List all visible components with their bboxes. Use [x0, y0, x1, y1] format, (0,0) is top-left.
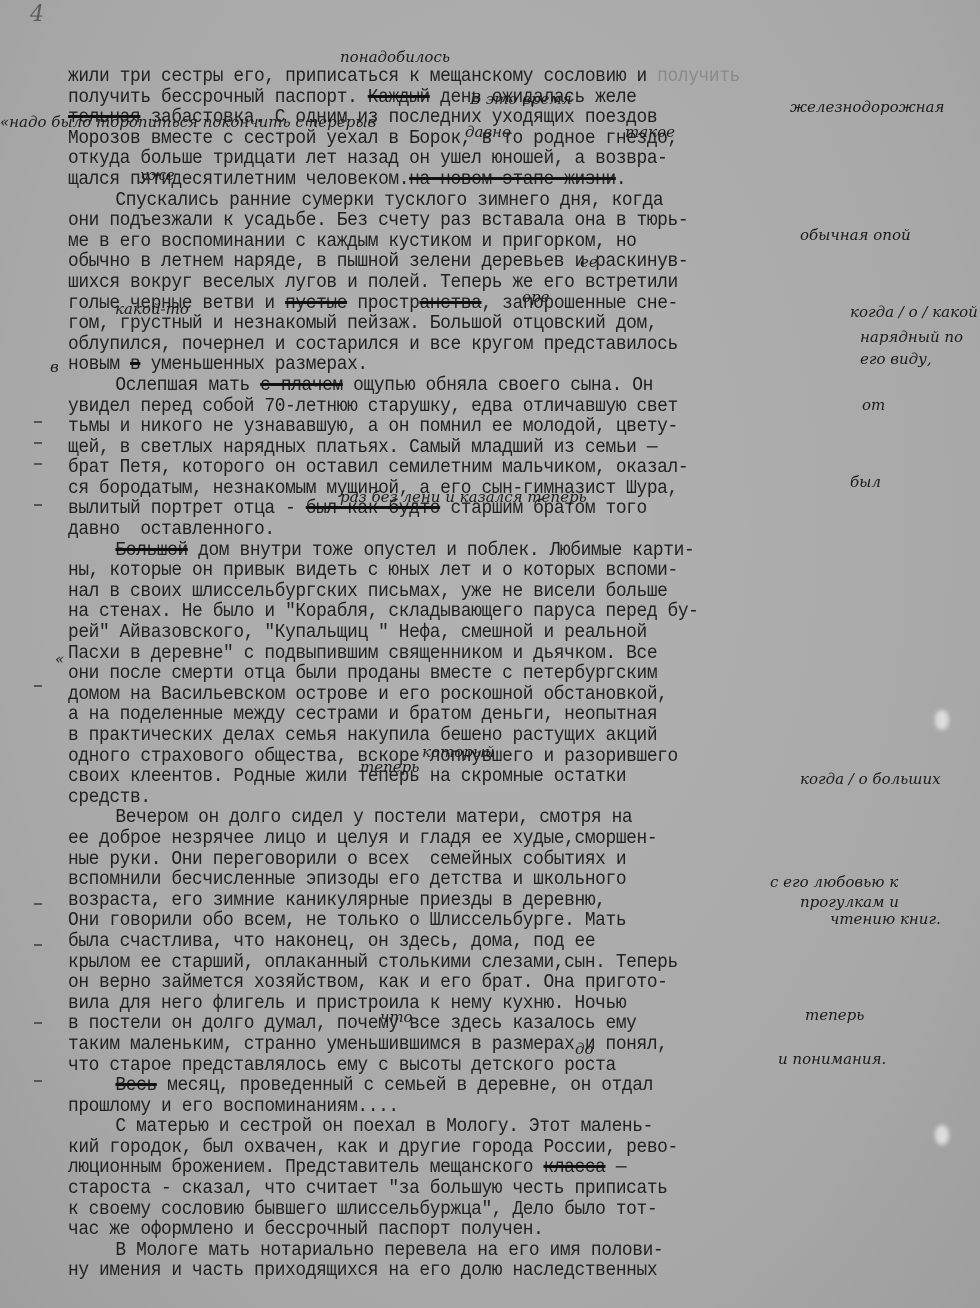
handwritten-note: прогулкам и [800, 895, 899, 910]
line-text: средств. [68, 786, 151, 808]
handwritten-note: когда / о больших [800, 772, 941, 787]
line-text: он верно займется хозяйством, как и его … [68, 971, 668, 993]
typescript-line: ме в его воспоминании с каждым кустиком … [68, 231, 868, 252]
typescript-line: обычно в летнем наряде, в пышной зелени … [68, 251, 868, 272]
typescript-line: ее доброе незрячее лицо и целуя и гладя … [68, 828, 868, 849]
margin-mark [34, 463, 42, 465]
typescript-line: а на поделенные между сестрами и братом … [68, 704, 868, 725]
line-text: дом внутри тоже опустел и поблек. Любимы… [188, 539, 694, 561]
handwritten-note: такое [625, 125, 675, 140]
typescript-line: рей" Айвазовского, "Купальщиц " Нефа, см… [68, 622, 868, 643]
handwritten-note: В это время [470, 92, 572, 107]
line-text: люционным брожением. Представитель мещан… [68, 1156, 543, 1178]
line-text: С матерью и сестрой он поехал в Мологу. … [115, 1115, 652, 1137]
line-text: щей, в светлых нарядных платьях. Самый м… [68, 436, 657, 458]
line-text: они подъезжали к усадьбе. Без счету раз … [68, 209, 688, 231]
line-text: час же оформлено и бессрочный паспорт по… [68, 1218, 543, 1240]
typescript-line: нал в своих шлиссельбургских письмах, уж… [68, 581, 868, 602]
handwritten-note: какой-то [115, 302, 189, 317]
typescript-line: щей, в светлых нарядных платьях. Самый м… [68, 437, 868, 458]
line-text: увидел перед собой 70-летнюю старушку, е… [68, 395, 678, 417]
struck-text: анства [419, 292, 481, 314]
struck-text: Весь [115, 1074, 156, 1096]
handwritten-note: когда / о / какой [850, 305, 978, 320]
line-text: домом на Васильевском острове и его роск… [68, 683, 668, 705]
handwritten-note: чтению книг. [830, 912, 941, 927]
typescript-line: он верно займется хозяйством, как и его … [68, 972, 868, 993]
struck-text: класса [543, 1156, 605, 1178]
line-text: уменьшенных размерах. [140, 353, 367, 375]
handwritten-note: нарядный по [860, 330, 963, 345]
line-text: тьмы и никого не узнававшую, а он помнил… [68, 415, 678, 437]
line-text: ные руки. Они переговорили о всех семейн… [68, 848, 626, 870]
line-text: что старое представлялось ему с высоты д… [68, 1054, 616, 1076]
line-text: новым [68, 353, 130, 375]
typescript-line: ны, которые он привык видеть с юных лет … [68, 560, 868, 581]
document-page: 4 жили три сестры его, приписаться к мещ… [0, 0, 980, 1308]
line-text: простр [347, 292, 419, 314]
struck-text: Каждый [368, 86, 430, 108]
faint-text: получить [657, 65, 740, 87]
line-text: Ослепшая мать [115, 374, 260, 396]
line-text: вила для него флигель и пристроила к нем… [68, 992, 626, 1014]
line-text: на стенах. Не было и "Корабля, складываю… [68, 600, 699, 622]
typescript-line: увидел перед собой 70-летнюю старушку, е… [68, 396, 868, 417]
margin-mark [34, 1080, 42, 1082]
line-text: Спускались ранние сумерки тусклого зимне… [115, 189, 663, 211]
typescript-line: Большой дом внутри тоже опустел и поблек… [68, 540, 868, 561]
handwritten-note: был [850, 475, 881, 490]
typescript-line: своих клеентов. Родные жили теперь на ск… [68, 766, 868, 787]
line-text: ну имения и часть приходящихся на его до… [68, 1259, 657, 1281]
struck-text: Большой [115, 539, 187, 561]
typescript-line: новым в уменьшенных размерах. [68, 354, 868, 375]
margin-mark [34, 1022, 42, 1024]
line-text: жили три сестры его, приписаться к мещан… [68, 65, 657, 87]
typescript-line: шихся вокруг веселых лугов и полей. Тепе… [68, 272, 868, 293]
margin-mark [34, 685, 42, 687]
line-text: староста - сказал, что считает "за больш… [68, 1177, 668, 1199]
line-text: Вечером он долго сидел у постели матери,… [115, 806, 632, 828]
typescript-line: крылом ее старший, оплаканный столькими … [68, 952, 868, 973]
handwritten-note: что [380, 1010, 413, 1025]
line-text: была счастлива, что наконец, он здесь, д… [68, 930, 595, 952]
handwritten-note: от [862, 398, 885, 413]
line-text: Они говорили обо всем, не только о Шлисс… [68, 909, 626, 931]
typescript-line: на стенах. Не было и "Корабля, складываю… [68, 601, 868, 622]
handwritten-note: железнодорожная [790, 100, 944, 115]
handwritten-note: ее [580, 255, 598, 270]
typescript-line: Весь месяц, проведенный с семьей в дерев… [68, 1075, 868, 1096]
line-text: В Мологе мать нотариально перевела на ег… [115, 1239, 663, 1261]
typescript-line: средств. [68, 787, 868, 808]
handwritten-note: теперь [805, 1008, 864, 1023]
typescript-line: откуда больше тридцати лет назад он ушел… [68, 148, 868, 169]
line-text: облупился, почернел и состарился и все к… [68, 333, 678, 355]
typescript-line: жили три сестры его, приписаться к мещан… [68, 66, 868, 87]
handwritten-note: который [422, 745, 495, 760]
handwritten-note: до [575, 1042, 594, 1057]
typescript-line: Спускались ранние сумерки тусклого зимне… [68, 190, 868, 211]
typescript-line: они после смерти отца были проданы вмест… [68, 663, 868, 684]
line-text: — [605, 1156, 626, 1178]
typescript-line: домом на Васильевском острове и его роск… [68, 684, 868, 705]
handwritten-note: в [50, 360, 59, 375]
struck-text: пустые [285, 292, 347, 314]
line-text: а на поделенные между сестрами и братом … [68, 703, 657, 725]
line-text: возраста, его зимние каникулярные приезд… [68, 889, 605, 911]
margin-mark [34, 504, 42, 506]
line-text: месяц, проведенный с семьей в деревне, о… [157, 1074, 653, 1096]
line-text: кий городок, был охвачен, как и другие г… [68, 1136, 678, 1158]
handwritten-note: понадобилось [340, 50, 450, 65]
typescript-line: получить бессрочный паспорт. Каждый день… [68, 87, 868, 108]
typescript-line: в постели он долго думал, почему все зде… [68, 1013, 868, 1034]
margin-mark [34, 944, 42, 946]
line-text: ны, которые он привык видеть с юных лет … [68, 559, 678, 581]
line-text: нал в своих шлиссельбургских письмах, уж… [68, 580, 668, 602]
struck-text: в [130, 353, 140, 375]
handwritten-note: обычная опой [800, 228, 911, 243]
line-text: рей" Айвазовского, "Купальщиц " Нефа, см… [68, 621, 647, 643]
typescript-line: Они говорили обо всем, не только о Шлисс… [68, 910, 868, 931]
typescript-line: давно оставленного. [68, 519, 868, 540]
typescript-line: С матерью и сестрой он поехал в Мологу. … [68, 1116, 868, 1137]
typescript-line: Пасхи в деревне" с подвыпившим священник… [68, 643, 868, 664]
typescript-line: прошлому и его воспоминаниям.... [68, 1096, 868, 1117]
handwritten-note: его виду, [860, 352, 932, 367]
line-text: ощупью обняла своего сына. Он [343, 374, 653, 396]
line-text: своих клеентов. Родные жили теперь на ск… [68, 765, 626, 787]
line-text: Пасхи в деревне" с подвыпившим священник… [68, 642, 657, 664]
struck-text: на новом этапе жизни [409, 168, 616, 190]
line-text: давно оставленного. [68, 518, 275, 540]
typescript-line: что старое представлялось ему с высоты д… [68, 1055, 868, 1076]
typescript-line: В Мологе мать нотариально перевела на ег… [68, 1240, 868, 1261]
line-text: ме в его воспоминании с каждым кустиком … [68, 230, 637, 252]
typescript-body: жили три сестры его, приписаться к мещан… [68, 66, 928, 1281]
line-text: в постели он долго думал, почему все зде… [68, 1012, 637, 1034]
handwritten-note: раз без лени и казался теперь [340, 490, 587, 505]
margin-mark [34, 421, 42, 423]
handwritten-note: «надо было торопиться покончить с переры… [0, 115, 376, 130]
typescript-line: вспомнили бесчисленные эпизоды его детст… [68, 869, 868, 890]
handwritten-note: с его любовью к [770, 875, 898, 890]
struck-text: с плачем [260, 374, 343, 396]
line-text: к своему сословию бывшего шлиссельбуржца… [68, 1198, 657, 1220]
typescript-line: Вечером он долго сидел у постели матери,… [68, 807, 868, 828]
handwritten-note: оре [522, 290, 550, 305]
typescript-line: кий городок, был охвачен, как и другие г… [68, 1137, 868, 1158]
line-text: вылитый портрет отца - [68, 497, 306, 519]
typescript-line: возраста, его зимние каникулярные приезд… [68, 890, 868, 911]
handwritten-note: давно [465, 125, 511, 140]
typescript-line: ну имения и часть приходящихся на его до… [68, 1260, 868, 1281]
margin-mark [34, 442, 42, 444]
typescript-line: таким маленьким, странно уменьшившимся в… [68, 1034, 868, 1055]
line-text: прошлому и его воспоминаниям.... [68, 1095, 399, 1117]
typescript-line: Ослепшая мать с плачем ощупью обняла сво… [68, 375, 868, 396]
handwritten-note: « [55, 652, 64, 667]
handwritten-note: теперь [360, 760, 419, 775]
typescript-line: облупился, почернел и состарился и все к… [68, 334, 868, 355]
line-text: они после смерти отца были проданы вмест… [68, 662, 657, 684]
typescript-line: староста - сказал, что считает "за больш… [68, 1178, 868, 1199]
margin-mark [34, 903, 42, 905]
typescript-line: брат Петя, которого он оставил семилетни… [68, 457, 868, 478]
typescript-line: тьмы и никого не узнававшую, а он помнил… [68, 416, 868, 437]
typescript-line: к своему сословию бывшего шлиссельбуржца… [68, 1199, 868, 1220]
handwritten-note: и понимания. [778, 1052, 886, 1067]
line-text: брат Петя, которого он оставил семилетни… [68, 456, 688, 478]
typescript-line: ные руки. Они переговорили о всех семейн… [68, 849, 868, 870]
paper-smudge [935, 710, 949, 730]
typescript-line: они подъезжали к усадьбе. Без счету раз … [68, 210, 868, 231]
line-text: . [616, 168, 626, 190]
line-text: вспомнили бесчисленные эпизоды его детст… [68, 868, 626, 890]
typescript-line: вила для него флигель и пристроила к нем… [68, 993, 868, 1014]
typescript-line: была счастлива, что наконец, он здесь, д… [68, 931, 868, 952]
line-text: в практических делах семья накупила беше… [68, 724, 657, 746]
typescript-line: час же оформлено и бессрочный паспорт по… [68, 1219, 868, 1240]
line-text: щался пятидесятилетним человеком. [68, 168, 409, 190]
line-text: ее доброе незрячее лицо и целуя и гладя … [68, 827, 657, 849]
page-number: 4 [30, 2, 44, 27]
typescript-line: щался пятидесятилетним человеком.на ново… [68, 169, 868, 190]
line-text: , запорошенные сне- [481, 292, 677, 314]
line-text: шихся вокруг веселых лугов и полей. Тепе… [68, 271, 678, 293]
paper-smudge [935, 1125, 949, 1145]
handwritten-note: уже [140, 168, 175, 183]
typescript-line: люционным брожением. Представитель мещан… [68, 1157, 868, 1178]
line-text: получить бессрочный паспорт. [68, 86, 368, 108]
line-text: крылом ее старший, оплаканный столькими … [68, 951, 678, 973]
